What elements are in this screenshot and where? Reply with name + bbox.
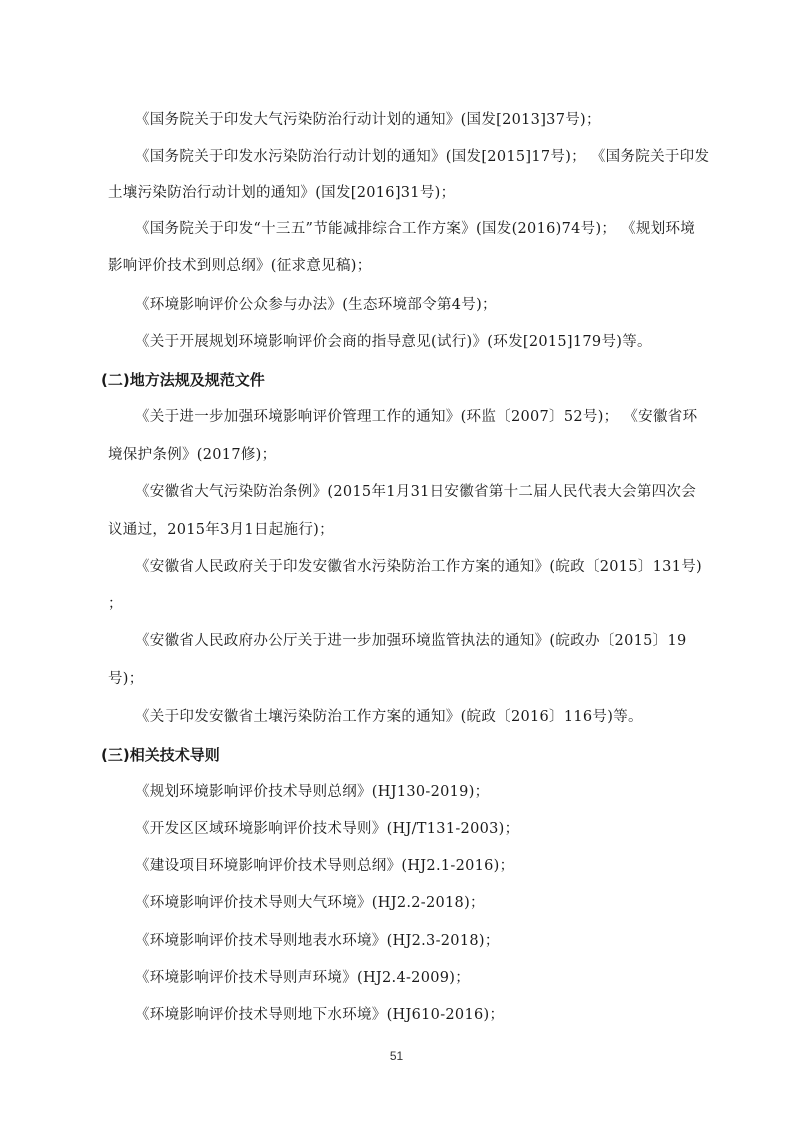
text-line: 《国务院关于印发水污染防治行动计划的通知》(国发[2015]17号)； 《国务院… (135, 147, 709, 167)
text-line: 议通过，2015年3月1日起施行)； (108, 520, 334, 540)
section-heading-local-regulations: (二)地方法规及规范文件 (101, 370, 265, 390)
text-line: ； (108, 594, 123, 614)
page-number: 51 (0, 1049, 793, 1063)
text-line: 《环境影响评价技术导则声环境》(HJ2.4-2009)； (135, 968, 470, 988)
text-line: 《关于进一步加强环境影响评价管理工作的通知》(环监〔2007〕52号)； 《安徽… (135, 407, 697, 427)
text-line: 《安徽省大气污染防治条例》(2015年1月31日安徽省第十二届人民代表大会第四次… (135, 482, 696, 502)
text-line: 《环境影响评价技术导则大气环境》(HJ2.2-2018)； (135, 893, 485, 913)
document-page: 《国务院关于印发大气污染防治行动计划的通知》(国发[2013]37号)；《国务院… (0, 0, 793, 1122)
text-line: 影响评价技术到则总纲》(征求意见稿)； (108, 256, 372, 276)
text-line: 《环境影响评价技术导则地表水环境》(HJ2.3-2018)； (135, 931, 500, 951)
text-line: 《关于开展规划环境影响评价会商的指导意见(试行)》(环发[2015]179号)等… (135, 332, 652, 352)
text-line: 《环境影响评价技术导则地下水环境》(HJ610-2016)； (135, 1005, 504, 1025)
text-line: 号)； (108, 669, 144, 689)
text-line: 《安徽省人民政府关于印发安徽省水污染防治工作方案的通知》(皖政〔2015〕131… (135, 557, 702, 577)
text-line: 《关于印发安徽省土壤污染防治工作方案的通知》(皖政〔2016〕116号)等。 (135, 707, 643, 727)
text-line: 《开发区区域环境影响评价技术导则》(HJ/T131-2003)； (135, 819, 519, 839)
text-line: 《国务院关于印发“十三五”节能减排综合工作方案》(国发(2016)74号)； 《… (135, 219, 695, 239)
text-line: 《国务院关于印发大气污染防治行动计划的通知》(国发[2013]37号)； (135, 110, 601, 130)
text-line: 《规划环境影响评价技术导则总纲》(HJ130-2019)； (135, 782, 489, 802)
text-line: 《建设项目环境影响评价技术导则总纲》(HJ2.1-2016)； (135, 856, 514, 876)
text-line: 境保护条例》(2017修)； (108, 445, 276, 465)
section-heading-technical-guidelines: (三)相关技术导则 (101, 745, 220, 765)
text-line: 《安徽省人民政府办公厅关于进一步加强环境监管执法的通知》(皖政办〔2015〕19 (135, 631, 687, 651)
text-line: 土壤污染防治行动计划的通知》(国发[2016]31号)； (108, 183, 455, 203)
text-line: 《环境影响评价公众参与办法》(生态环境部令第4号)； (135, 295, 497, 315)
